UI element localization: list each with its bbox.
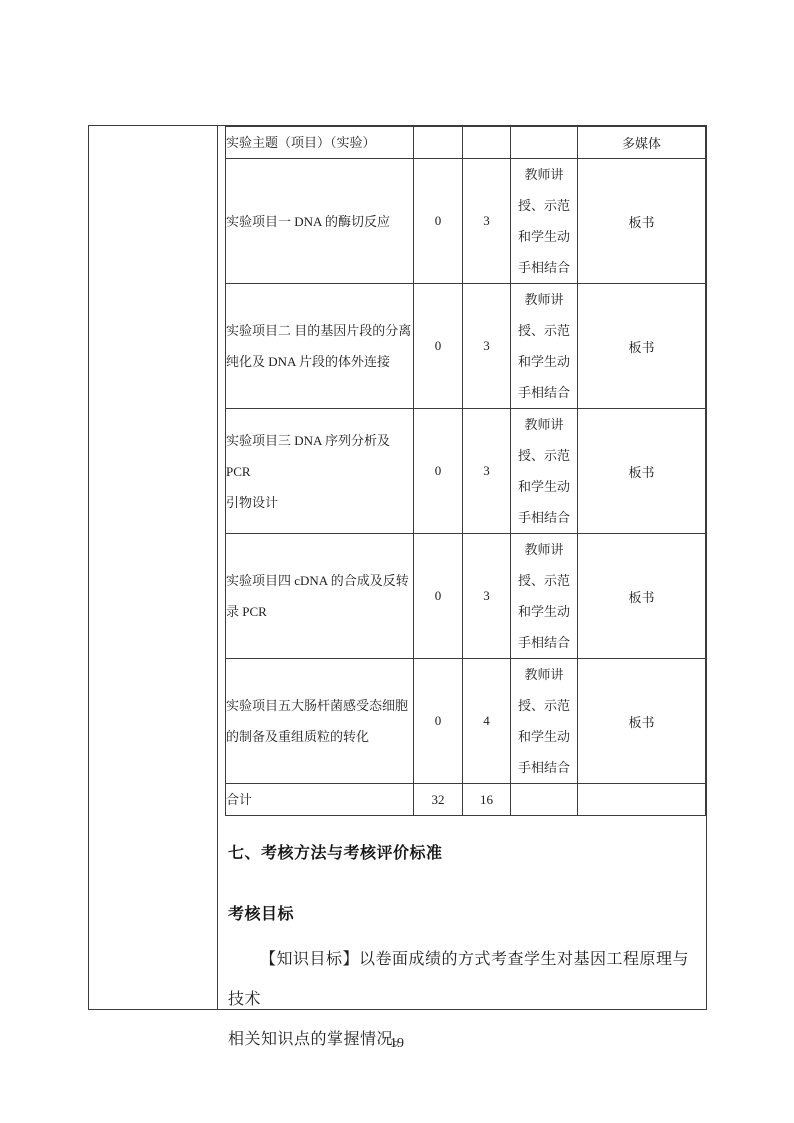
cell-media: 板书 bbox=[578, 159, 706, 284]
cell-media: 板书 bbox=[578, 284, 706, 409]
header-media-cell: 多媒体 bbox=[578, 127, 706, 159]
cell-media: 板书 bbox=[578, 409, 706, 534]
cell-project-name: 实验项目二 目的基因片段的分离 纯化及 DNA 片段的体外连接 bbox=[226, 284, 414, 409]
header-topic-cell: 实验主题（项目）（实验） bbox=[226, 127, 414, 159]
section-heading-assessment: 七、考核方法与考核评价标准 bbox=[228, 840, 706, 863]
cell-total-hours-a: 32 bbox=[414, 784, 463, 816]
cell-total-media bbox=[578, 784, 706, 816]
cell-hours-a: 0 bbox=[414, 409, 463, 534]
table-header-row: 实验主题（项目）（实验） 多媒体 bbox=[226, 127, 706, 159]
cell-total-method bbox=[511, 784, 578, 816]
cell-method: 教师讲 授、示范 和学生动 手相结合 bbox=[511, 409, 578, 534]
document-page: 实验主题（项目）（实验） 多媒体 实验项目一 DNA 的酶切反应 0 3 教师讲… bbox=[0, 0, 794, 1123]
cell-hours-b: 3 bbox=[463, 534, 511, 659]
table-row-total: 合计 32 16 bbox=[226, 784, 706, 816]
cell-media: 板书 bbox=[578, 534, 706, 659]
cell-total-hours-b: 16 bbox=[463, 784, 511, 816]
header-method-cell bbox=[511, 127, 578, 159]
cell-hours-b: 3 bbox=[463, 284, 511, 409]
cell-hours-a: 0 bbox=[414, 159, 463, 284]
table-row-experiment-4: 实验项目四 cDNA 的合成及反转 录 PCR 0 3 教师讲 授、示范 和学生… bbox=[226, 534, 706, 659]
table-row-experiment-2: 实验项目二 目的基因片段的分离 纯化及 DNA 片段的体外连接 0 3 教师讲 … bbox=[226, 284, 706, 409]
cell-project-name: 实验项目五大肠杆菌感受态细胞 的制备及重组质粒的转化 bbox=[226, 659, 414, 784]
outer-table-frame: 实验主题（项目）（实验） 多媒体 实验项目一 DNA 的酶切反应 0 3 教师讲… bbox=[88, 125, 707, 1010]
section-subheading-goal: 考核目标 bbox=[228, 901, 706, 924]
table-row-experiment-3: 实验项目三 DNA 序列分析及 PCR 引物设计 0 3 教师讲 授、示范 和学… bbox=[226, 409, 706, 534]
cell-hours-b: 4 bbox=[463, 659, 511, 784]
cell-hours-a: 0 bbox=[414, 284, 463, 409]
header-hours-b-cell bbox=[463, 127, 511, 159]
cell-hours-b: 3 bbox=[463, 409, 511, 534]
header-hours-a-cell bbox=[414, 127, 463, 159]
cell-project-name: 实验项目四 cDNA 的合成及反转 录 PCR bbox=[226, 534, 414, 659]
cell-project-name: 实验项目一 DNA 的酶切反应 bbox=[226, 159, 414, 284]
cell-hours-a: 0 bbox=[414, 534, 463, 659]
cell-method: 教师讲 授、示范 和学生动 手相结合 bbox=[511, 659, 578, 784]
cell-media: 板书 bbox=[578, 659, 706, 784]
content-column: 实验主题（项目）（实验） 多媒体 实验项目一 DNA 的酶切反应 0 3 教师讲… bbox=[218, 126, 706, 1009]
table-row-experiment-1: 实验项目一 DNA 的酶切反应 0 3 教师讲 授、示范 和学生动 手相结合 板… bbox=[226, 159, 706, 284]
cell-total-label: 合计 bbox=[226, 784, 414, 816]
cell-method: 教师讲 授、示范 和学生动 手相结合 bbox=[511, 284, 578, 409]
cell-hours-a: 0 bbox=[414, 659, 463, 784]
cell-hours-b: 3 bbox=[463, 159, 511, 284]
cell-project-name: 实验项目三 DNA 序列分析及 PCR 引物设计 bbox=[226, 409, 414, 534]
experiment-table: 实验主题（项目）（实验） 多媒体 实验项目一 DNA 的酶切反应 0 3 教师讲… bbox=[225, 126, 706, 816]
page-number: 19 bbox=[0, 1036, 794, 1052]
table-row-experiment-5: 实验项目五大肠杆菌感受态细胞 的制备及重组质粒的转化 0 4 教师讲 授、示范 … bbox=[226, 659, 706, 784]
cell-method: 教师讲 授、示范 和学生动 手相结合 bbox=[511, 534, 578, 659]
cell-method: 教师讲 授、示范 和学生动 手相结合 bbox=[511, 159, 578, 284]
empty-left-column bbox=[89, 126, 218, 1009]
